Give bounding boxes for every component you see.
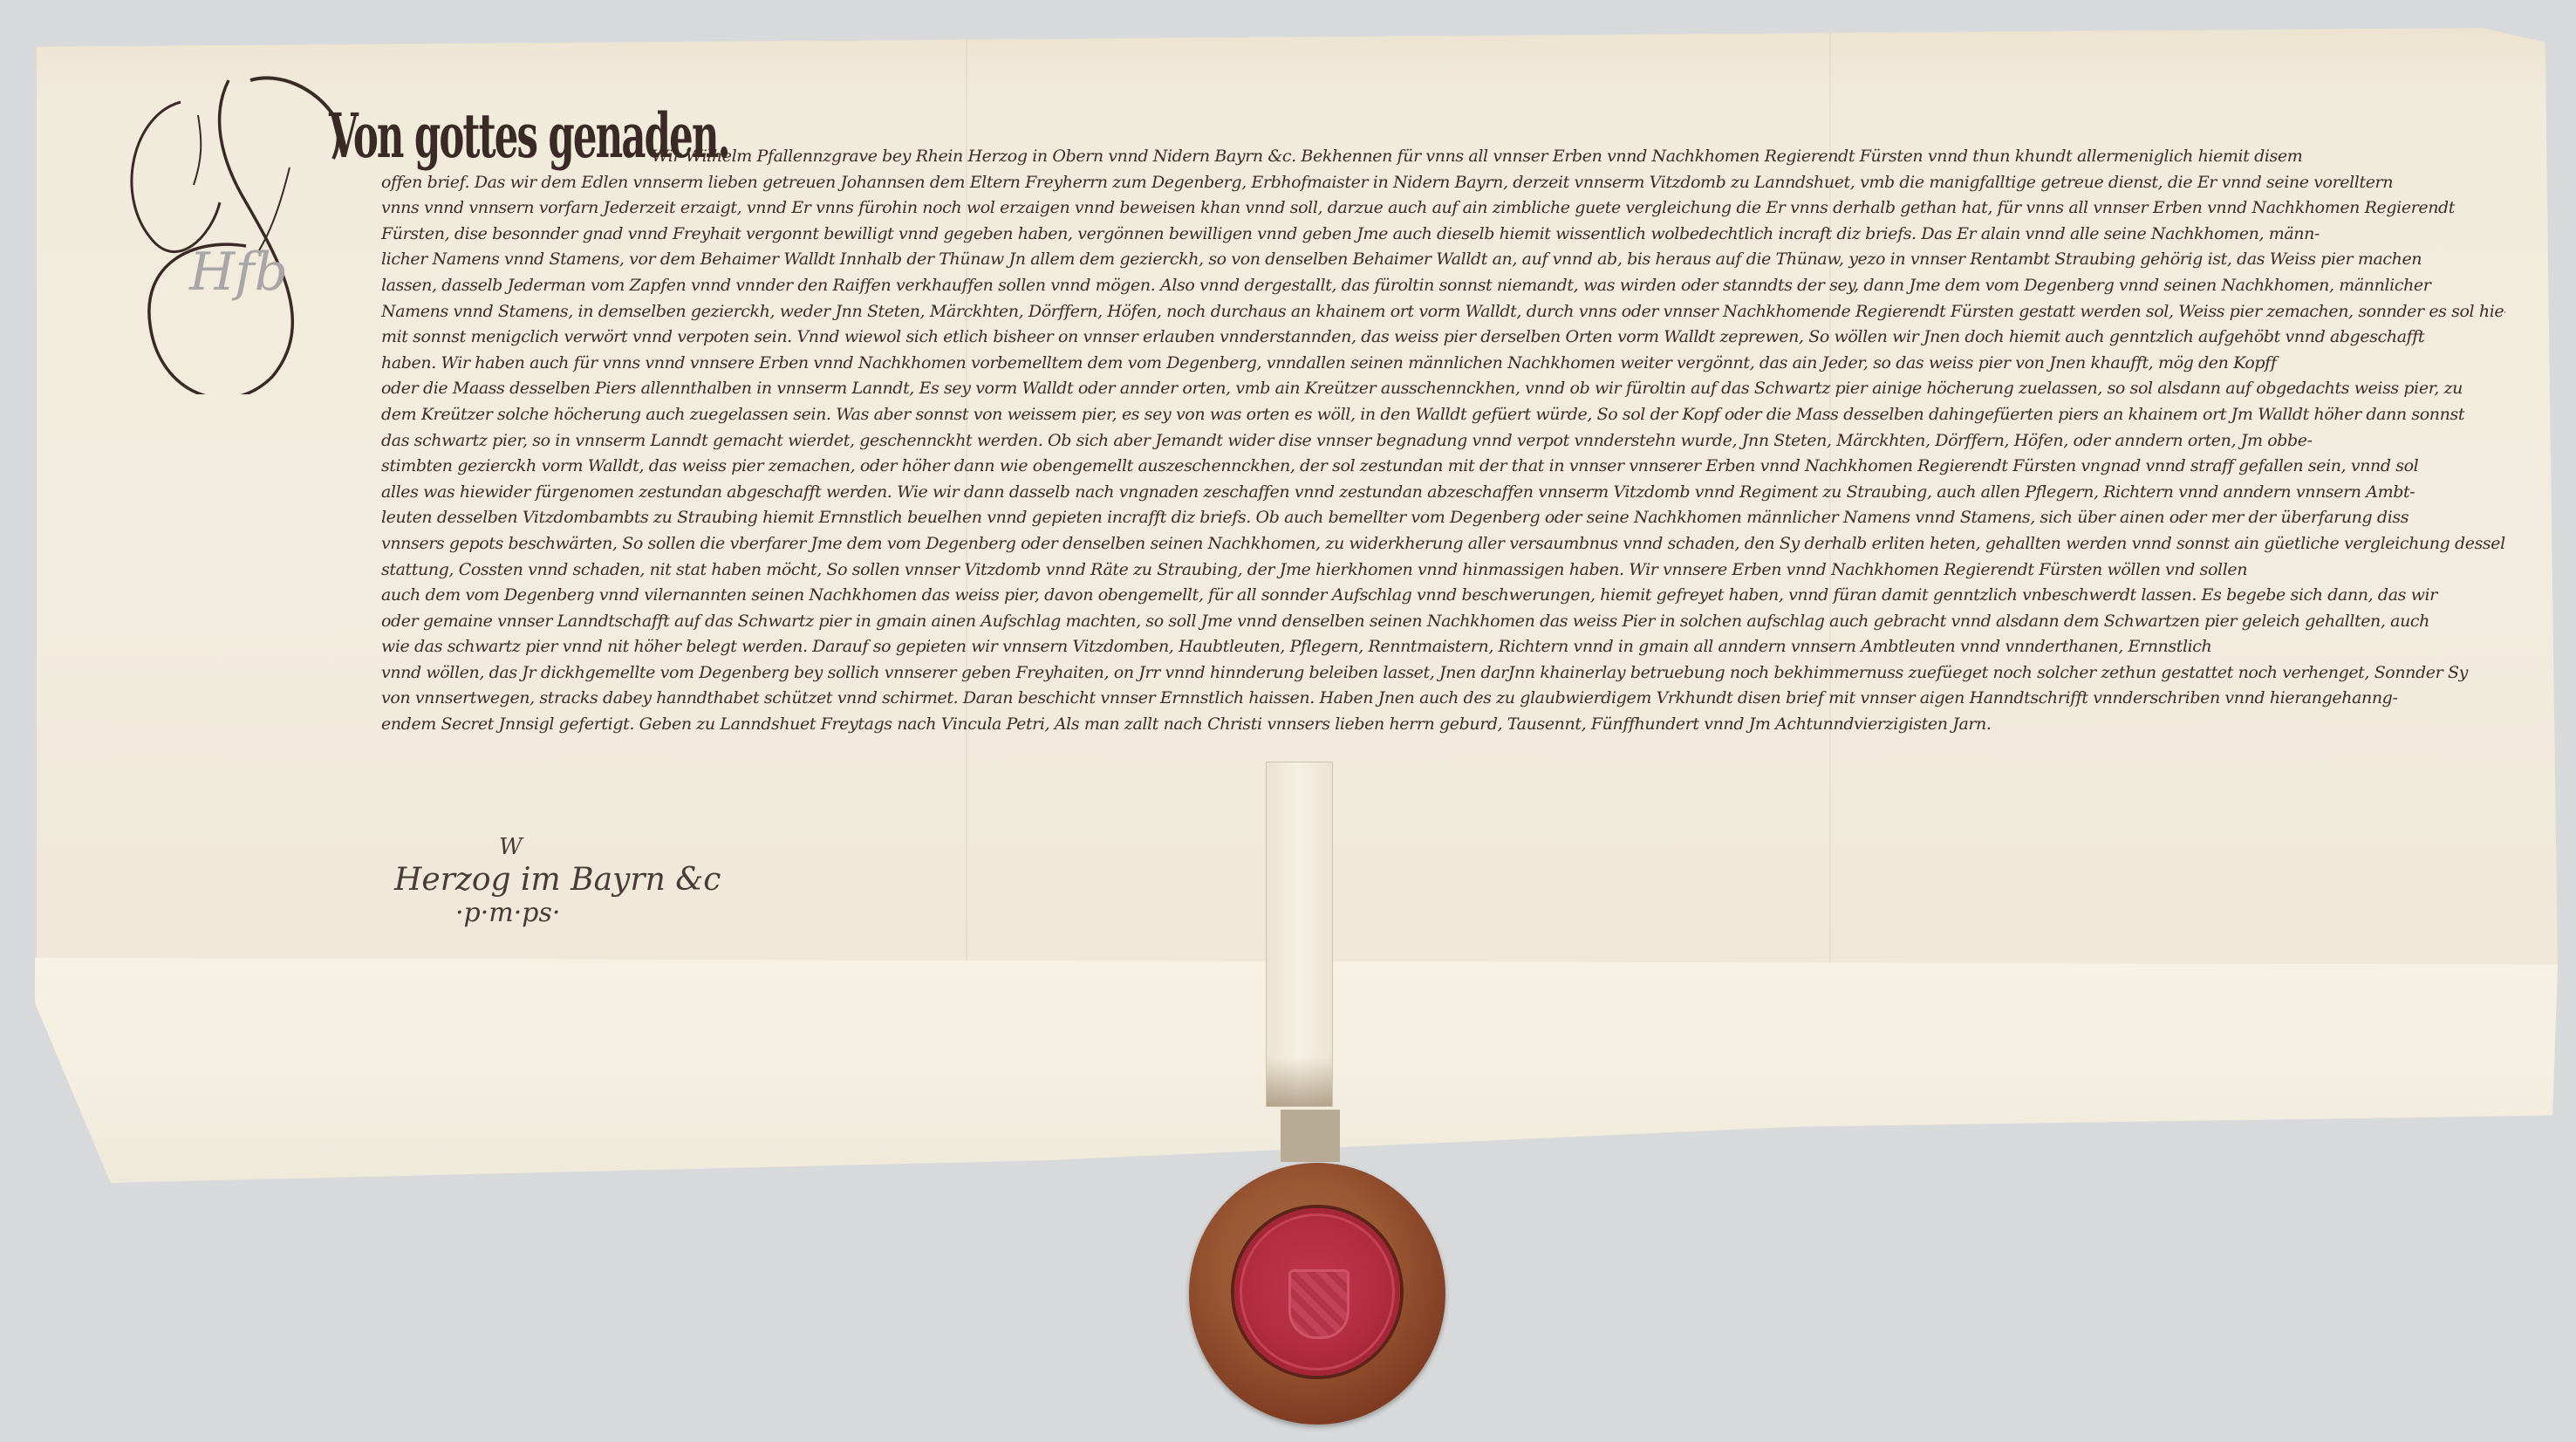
text-line: oder gemaine vnnser Lanndtschafft auf da… xyxy=(381,609,2505,635)
charter-text: Wir Wilhelm Pfallennzgrave bey Rhein Her… xyxy=(381,144,2505,738)
wax-seal-cup xyxy=(1189,1163,1445,1425)
signature-line-2: ·p·m·ps· xyxy=(394,897,721,930)
text-line: auch dem vom Degenberg vnnd vilernannten… xyxy=(381,583,2505,609)
text-line: alles was hiewider fürgenomen zestundan … xyxy=(381,480,2505,506)
text-line: von vnnsertwegen, stracks dabey hanndtha… xyxy=(381,686,2505,712)
text-line: Namens vnnd Stamens, in demselben gezier… xyxy=(381,299,2505,325)
text-line: vnnd wöllen, das Jr dickhgemellte vom De… xyxy=(381,660,2505,687)
autograph-signature: W Herzog im Bayrn &c ·p·m·ps· xyxy=(394,830,721,930)
text-line: leuten desselben Vitzdombambts zu Straub… xyxy=(381,505,2505,531)
text-line: Wir Wilhelm Pfallennzgrave bey Rhein Her… xyxy=(381,144,2505,170)
text-line: oder die Maass desselben Piers allenntha… xyxy=(381,376,2505,402)
text-line: dem Kreützer solche höcherung auch zuege… xyxy=(381,402,2505,428)
text-line: offen brief. Das wir dem Edlen vnnserm l… xyxy=(381,170,2505,196)
text-line: endem Secret Jnnsigl gefertigt. Geben zu… xyxy=(381,712,2505,738)
text-line: vnnsers gepots beschwärten, So sollen di… xyxy=(381,531,2505,557)
text-line: vnns vnnd vnnsern vorfarn Jederzeit erza… xyxy=(381,195,2505,222)
text-line: lassen, dasselb Jederman vom Zapfen vnnd… xyxy=(381,273,2505,299)
text-line: wie das schwartz pier vnnd nit höher bel… xyxy=(381,634,2505,660)
signature-mark: W xyxy=(394,830,721,864)
text-line: licher Namens vnnd Stamens, vor dem Beha… xyxy=(381,247,2505,273)
pencil-monogram: Hfb xyxy=(189,242,288,303)
wax-seal-impression xyxy=(1234,1208,1400,1376)
text-line: stimbten gezierckh vorm Walldt, das weis… xyxy=(381,454,2505,480)
text-line: das schwartz pier, so in vnnserm Lanndt … xyxy=(381,428,2505,454)
seal-strap-over-plica xyxy=(1266,958,1333,1107)
coat-of-arms-icon xyxy=(1288,1269,1349,1339)
text-line: haben. Wir haben auch für vnns vnnd vnns… xyxy=(381,351,2505,377)
seal-strap-tail xyxy=(1281,1110,1340,1162)
text-line: stattung, Cossten vnnd schaden, nit stat… xyxy=(381,557,2505,584)
text-line: Fürsten, dise besonnder gnad vnnd Freyha… xyxy=(381,222,2505,248)
signature-line-1: Herzog im Bayrn &c xyxy=(394,864,721,897)
text-line: mit sonnst menigclich verwört vnnd verpo… xyxy=(381,325,2505,351)
